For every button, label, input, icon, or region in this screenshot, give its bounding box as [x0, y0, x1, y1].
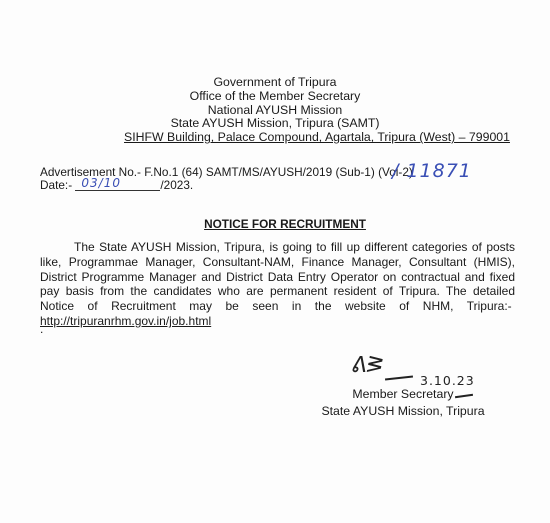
- signature-stroke: [385, 376, 413, 381]
- signatory-organization: State AYUSH Mission, Tripura: [318, 403, 488, 420]
- notice-title: NOTICE FOR RECRUITMENT: [0, 217, 550, 231]
- trailing-dot: .: [40, 322, 43, 336]
- signatory-block: Member Secretary State AYUSH Mission, Tr…: [318, 386, 488, 420]
- date-field: 03/10: [75, 179, 160, 191]
- date-line: Date:- 03/10/2023.: [40, 179, 413, 192]
- signatory-designation: Member Secretary: [318, 386, 488, 403]
- notice-body: The State AYUSH Mission, Tripura, is goi…: [40, 240, 515, 329]
- notice-body-text: The State AYUSH Mission, Tripura, is goi…: [40, 240, 515, 313]
- reference-block: Advertisement No.- F.No.1 (64) SAMT/MS/A…: [40, 166, 413, 191]
- date-year: /2023.: [160, 178, 193, 192]
- document-page: Government of Tripura Office of the Memb…: [0, 0, 550, 523]
- header-state-mission: State AYUSH Mission, Tripura (SAMT): [0, 117, 550, 131]
- header-address: SIHFW Building, Palace Compound, Agartal…: [124, 130, 510, 144]
- handwritten-memo-number: / 11871: [392, 160, 472, 182]
- header-mission: National AYUSH Mission: [0, 104, 550, 118]
- date-handwritten: 03/10: [81, 176, 121, 190]
- recruitment-link[interactable]: http://tripuranrhm.gov.in/job.html: [40, 314, 211, 328]
- signature-mark: ᕕᕒ: [352, 353, 383, 378]
- header-government: Government of Tripura: [0, 76, 550, 90]
- letterhead: Government of Tripura Office of the Memb…: [0, 76, 550, 145]
- header-office: Office of the Member Secretary: [0, 90, 550, 104]
- date-label: Date:-: [40, 178, 72, 192]
